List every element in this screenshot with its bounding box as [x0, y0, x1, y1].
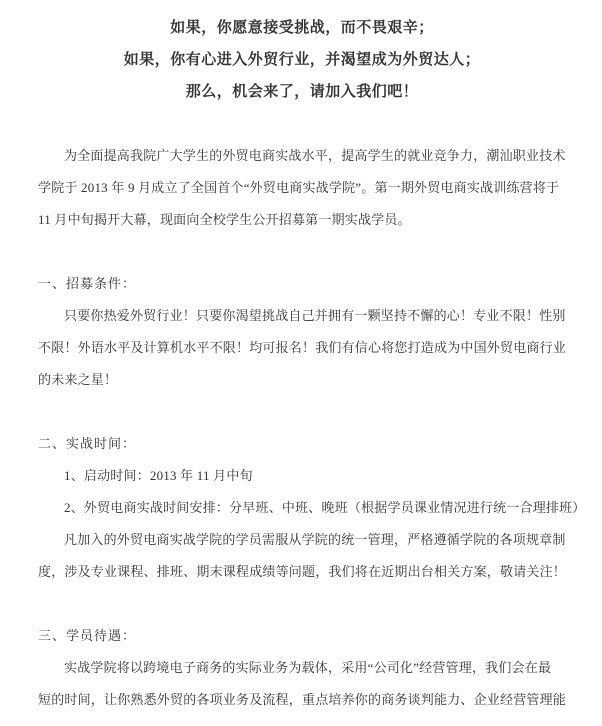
- intro-paragraph-line: 11 月中旬揭开大幕，现面向全校学生公开招募第一期实战学员。: [38, 204, 566, 236]
- title-line-1: 如果，你愿意接受挑战，而不畏艰辛；: [38, 12, 566, 44]
- section-1-heading: 一、招募条件：: [38, 268, 566, 300]
- blank-line: [38, 588, 566, 620]
- paragraph-line: 凡加入的外贸电商实战学院的学员需服从学院的统一管理，严格遵循学院的各项规章制: [38, 524, 566, 556]
- intro-paragraph-line: 学院于 2013 年 9 月成立了全国首个“外贸电商实战学院”。第一期外贸电商实…: [38, 172, 566, 204]
- blank-line: [38, 236, 566, 268]
- title-line-2: 如果，你有心进入外贸行业，并渴望成为外贸达人；: [38, 44, 566, 76]
- intro-paragraph-line: 为全面提高我院广大学生的外贸电商实战水平，提高学生的就业竞争力，潮汕职业技术: [38, 140, 566, 172]
- document-page: 如果，你愿意接受挑战，而不畏艰辛； 如果，你有心进入外贸行业，并渴望成为外贸达人…: [38, 12, 566, 716]
- list-item-1: 1、启动时间：2013 年 11 月中旬: [38, 460, 566, 492]
- blank-line: [38, 396, 566, 428]
- paragraph-line: 的未来之星！: [38, 364, 566, 396]
- section-2-heading: 二、实战时间：: [38, 428, 566, 460]
- paragraph-line: 短的时间，让你熟悉外贸的各项业务及流程，重点培养你的商务谈判能力、企业经营管理能: [38, 684, 566, 716]
- blank-line: [38, 108, 566, 140]
- paragraph-line: 度，涉及专业课程、排班、期末课程成绩等问题，我们将在近期出台相关方案，敬请关注！: [38, 556, 566, 588]
- paragraph-line: 只要你热爱外贸行业！只要你渴望挑战自己并拥有一颗坚持不懈的心！专业不限！性别: [38, 300, 566, 332]
- paragraph-line: 不限！外语水平及计算机水平不限！均可报名！我们有信心将您打造成为中国外贸电商行业: [38, 332, 566, 364]
- section-3-heading: 三、学员待遇：: [38, 620, 566, 652]
- title-line-3: 那么，机会来了，请加入我们吧！: [38, 76, 566, 108]
- list-item-2: 2、外贸电商实战时间安排：分早班、中班、晚班（根据学员课业情况进行统一合理排班）: [38, 492, 566, 524]
- paragraph-line: 实战学院将以跨境电子商务的实际业务为载体，采用“公司化”经营管理，我们会在最: [38, 652, 566, 684]
